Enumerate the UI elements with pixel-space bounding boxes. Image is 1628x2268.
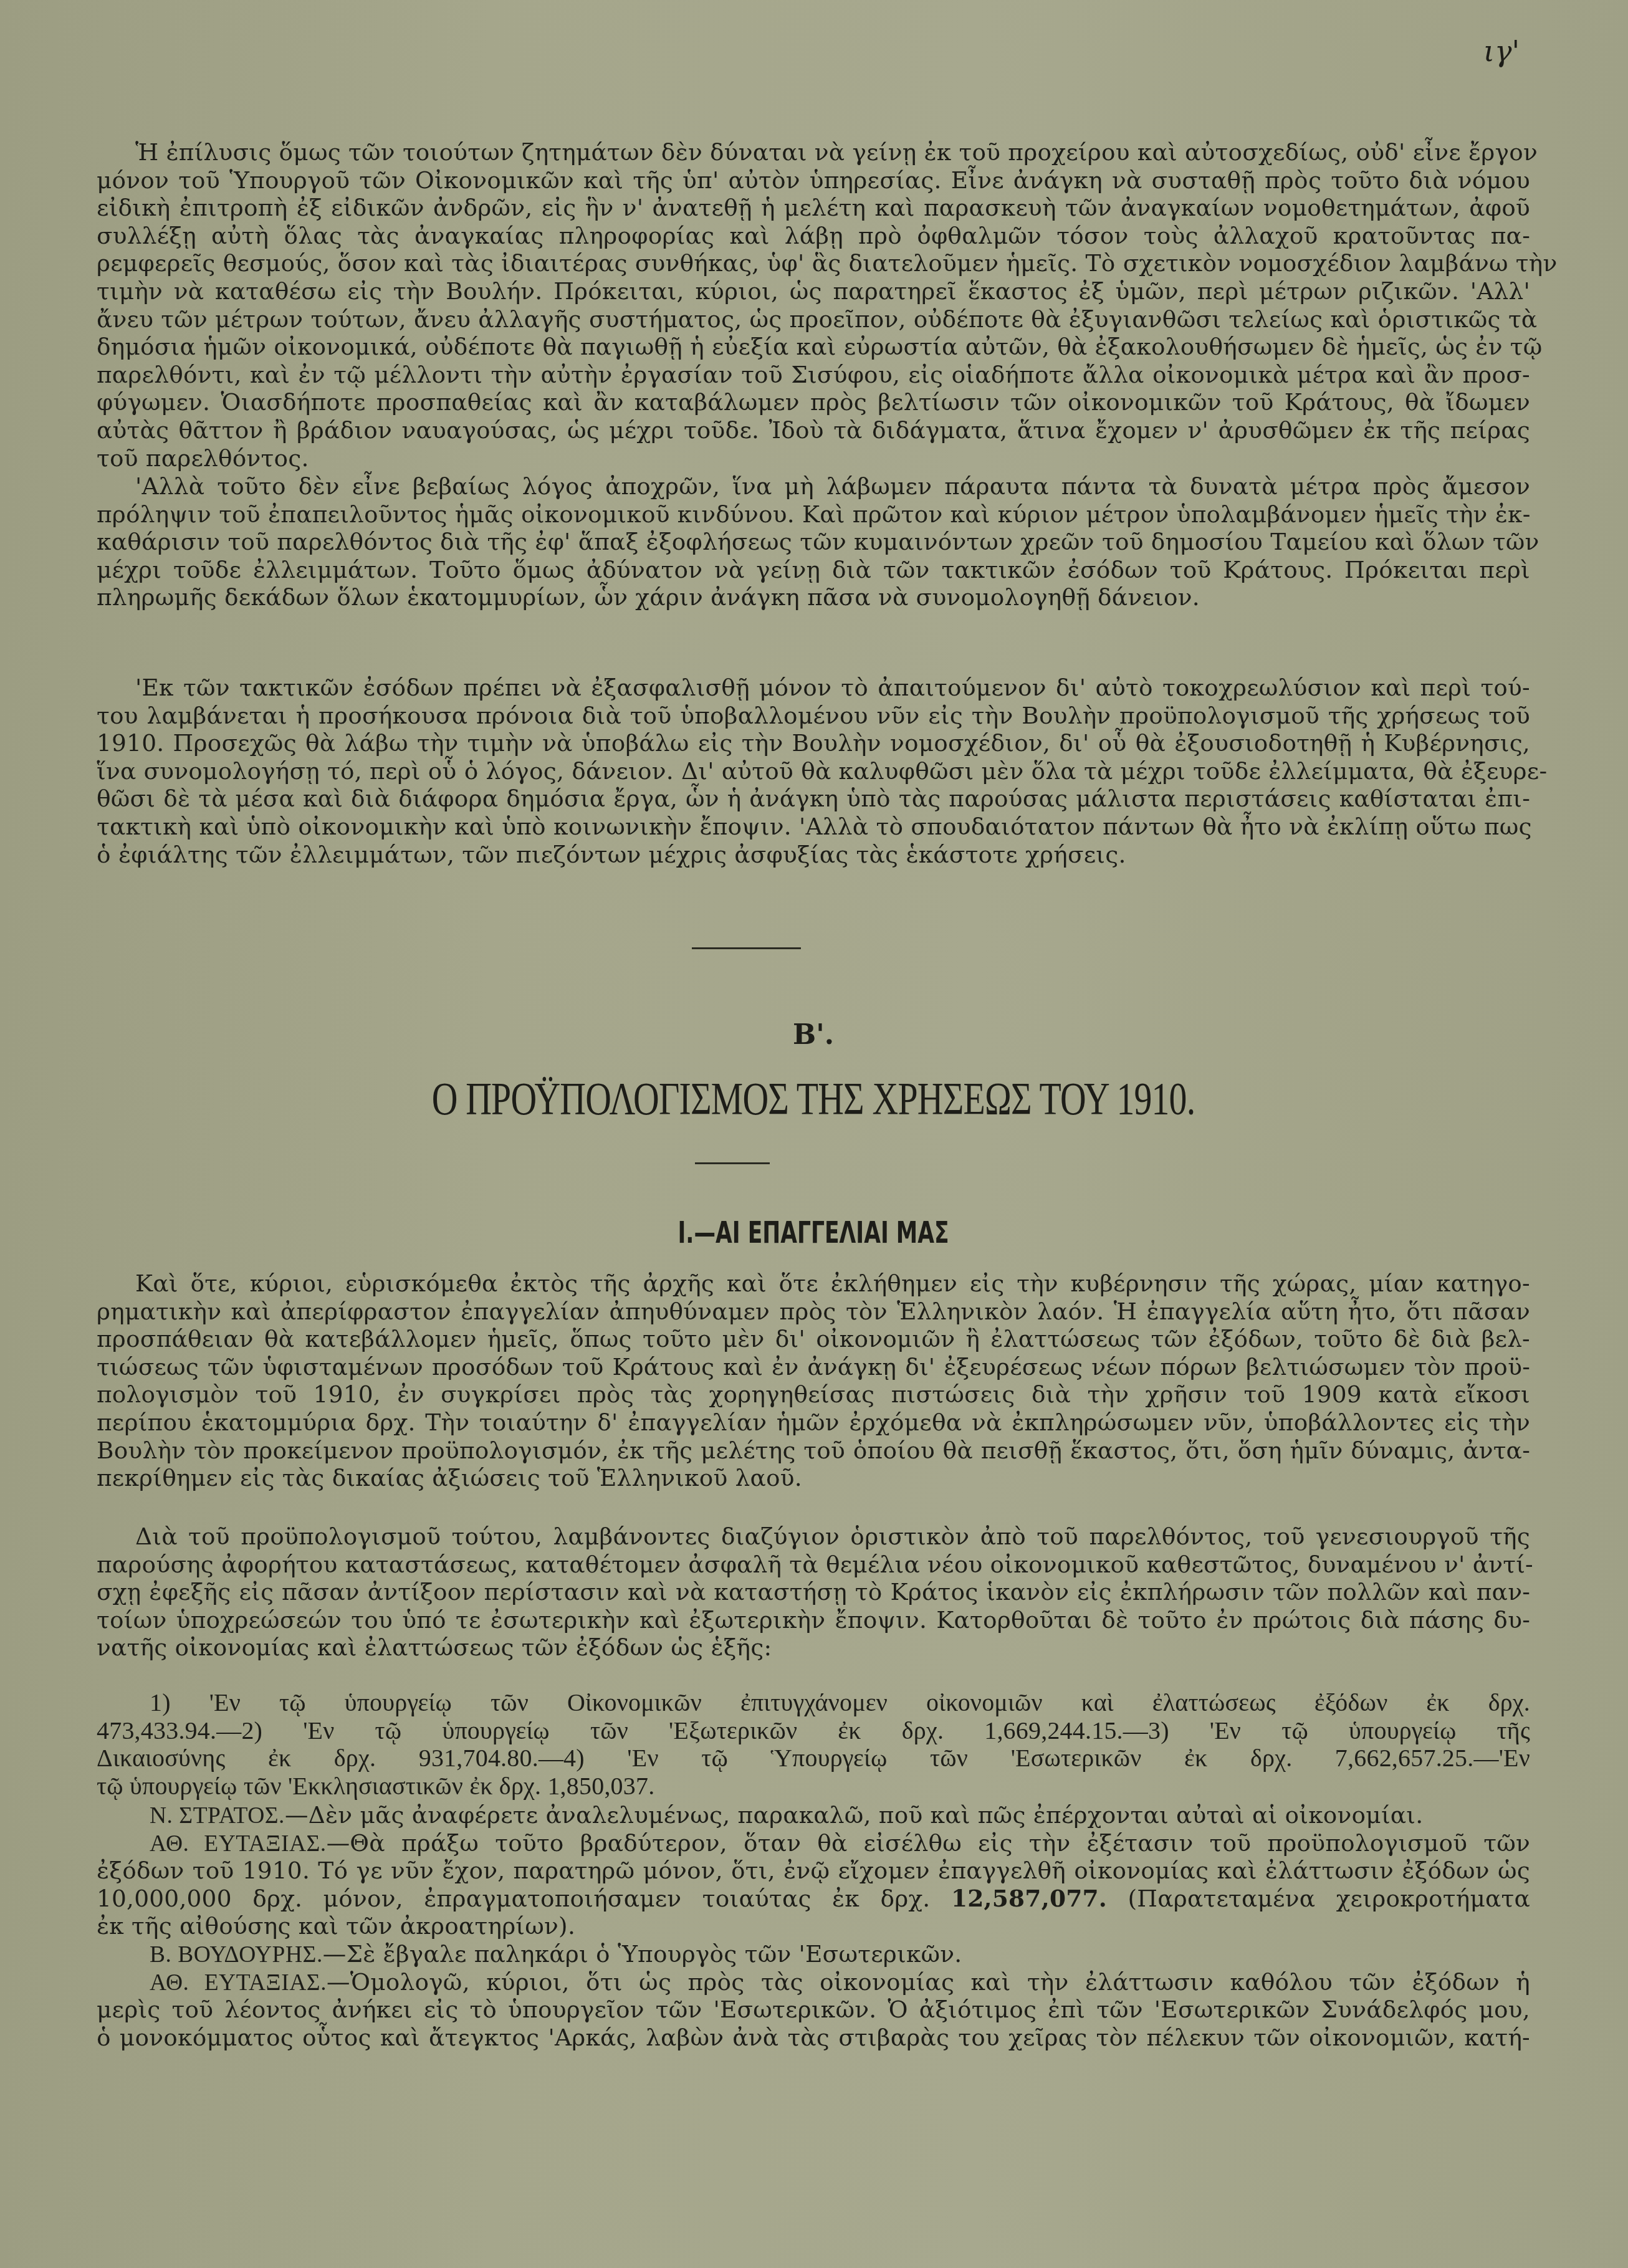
paragraph-budget: Διὰ τοῦ προϋπολογισμοῦ τούτου, λαμβάνοντ… xyxy=(97,1523,1530,1662)
text-line: Βουλὴν τὸν προκείμενον προϋπολογισμόν, ἐ… xyxy=(97,1437,1530,1465)
text-line: θῶσι δὲ τὰ μέσα καὶ διὰ διάφορα δημόσια … xyxy=(97,785,1530,813)
text-line: μέχρι τοῦδε ἐλλειμμάτων. Τοῦτο ὅμως ἀδύν… xyxy=(97,556,1530,584)
text-line: νατῆς οἰκονομίας καὶ ἐλαττώσεως τῶν ἐξόδ… xyxy=(97,1634,1530,1662)
divider xyxy=(692,947,801,949)
speaker-name: ΑΘ. ΕΥΤΑΞΙΑΣ. xyxy=(150,1831,327,1857)
speaker-name: ΑΘ. ΕΥΤΑΞΙΑΣ. xyxy=(150,1970,327,1996)
text-line: παρελθόντι, καὶ ἐν τῷ μέλλοντι τὴν αὐτὴν… xyxy=(97,361,1530,389)
text-line: τῷ ὑπουργείῳ τῶν 'Εκκλησιαστικῶν ἐκ δρχ.… xyxy=(97,1773,1530,1801)
text-line: Δικαιοσύνης ἐκ δρχ. 931,704.80.—4) 'Εν τ… xyxy=(97,1744,1530,1773)
text-line: τακτικὴ καὶ ὑπὸ οἰκονομικὴν καὶ ὑπὸ κοιν… xyxy=(97,813,1530,841)
text-line: 'Εκ τῶν τακτικῶν ἐσόδων πρέπει νὰ ἐξασφα… xyxy=(97,674,1530,702)
speech-text: —Σὲ ἔβγαλε παληκάρι ὁ Ὑπουργὸς τῶν 'Εσωτ… xyxy=(323,1940,962,1968)
text-line: μερὶς τοῦ λέοντος ἀνήκει εἰς τὸ ὑπουργεῖ… xyxy=(97,1996,1530,2024)
text-line: Διὰ τοῦ προϋπολογισμοῦ τούτου, λαμβάνοντ… xyxy=(97,1523,1530,1551)
text-line: του λαμβάνεται ἡ προσήκουσα πρόνοια διὰ … xyxy=(97,702,1530,730)
speech-eutaxias: ΑΘ. ΕΥΤΑΞΙΑΣ.—Ὁμολογῶ, κύριοι, ὅτι ὡς πρ… xyxy=(97,1968,1530,1996)
text-line: συλλέξῃ αὐτὴ ὅλας τὰς ἀναγκαίας πληροφορ… xyxy=(97,222,1530,250)
text-line: τιμὴν νὰ καταθέσω εἰς τὴν Βουλήν. Πρόκει… xyxy=(97,277,1530,305)
text-line: καθάρισιν τοῦ παρελθόντος διὰ τῆς ἐφ' ἅπ… xyxy=(97,528,1530,556)
paragraph-solution: Ἡ ἐπίλυσις ὅμως τῶν τοιούτων ζητημάτων δ… xyxy=(97,138,1530,472)
chapter-letter: Β'. xyxy=(97,1019,1530,1051)
text-line: προσπάθειαν θὰ κατεβάλλομεν ἡμεῖς, ὅπως … xyxy=(97,1325,1530,1353)
speech-stratos: Ν. ΣΤΡΑΤΟΣ.—Δὲν μᾶς ἀναφέρετε ἀναλελυμέν… xyxy=(97,1801,1530,1829)
text-line: ρηματικὴν καὶ ἀπερίφραστον ἐπαγγελίαν ἀπ… xyxy=(97,1298,1530,1326)
speech-text: —Ὁμολογῶ, κύριοι, ὅτι ὡς πρὸς τὰς οἰκονο… xyxy=(327,1968,1530,1996)
text-line: 473,433.94.—2) 'Εν τῷ ὑπουργείῳ τῶν 'Εξω… xyxy=(97,1717,1530,1745)
text-line: φύγωμεν. Ὁιασδήποτε προσπαθείας καὶ ἂν κ… xyxy=(97,388,1530,416)
text-line: πληρωμῆς δεκάδων ὅλων ἑκατομμυρίων, ὧν χ… xyxy=(97,583,1530,611)
text-line: τοῦ παρελθόντος. xyxy=(97,444,1530,472)
paragraph-loan: 'Εκ τῶν τακτικῶν ἐσόδων πρέπει νὰ ἐξασφα… xyxy=(97,674,1530,868)
text-line: παρούσης ἀφορήτου καταστάσεως, καταθέτομ… xyxy=(97,1551,1530,1579)
speech-voudouris: Β. ΒΟΥΔΟΥΡΗΣ.—Σὲ ἔβγαλε παληκάρι ὁ Ὑπουρ… xyxy=(97,1940,1530,1968)
text-line: ὁ ἐφιάλτης τῶν ἐλλειμμάτων, τῶν πιεζόντω… xyxy=(97,841,1530,869)
total-savings-amount: 12,587,077. xyxy=(951,1885,1107,1912)
text-line: περίπου ἑκατομμύρια δρχ. Τὴν τοιαύτην δ'… xyxy=(97,1409,1530,1437)
page-number: ιγ' xyxy=(1483,34,1520,68)
chapter-title: Ο ΠΡΟΫΠΟΛΟΓΙΣΜΟΣ ΤΗΣ ΧΡΗΣΕΩΣ ΤΟΥ 1910. xyxy=(254,1073,1372,1126)
text-line: ἄνευ τῶν μέτρων τούτων, ἄνευ ἀλλαγῆς συσ… xyxy=(97,305,1530,333)
text-line: τιώσεως τῶν ὑφισταμένων προσόδων τοῦ Κρά… xyxy=(97,1353,1530,1381)
text-line: ἐκ τῆς αἰθούσης καὶ τῶν ἀκροατηρίων). xyxy=(97,1912,1530,1940)
speech-text: —Δὲν μᾶς ἀναφέρετε ἀναλελυμένως, παρακαλ… xyxy=(285,1801,1423,1829)
text-line: σχῃ ἐφεξῆς εἰς πᾶσαν ἀντίξοον περίστασιν… xyxy=(97,1578,1530,1606)
text-line: 'Αλλὰ τοῦτο δὲν εἶνε βεβαίως λόγος ἀποχρ… xyxy=(97,472,1530,500)
text-line: 1) 'Εν τῷ ὑπουργείῳ τῶν Οἰκονομικῶν ἐπιτ… xyxy=(97,1689,1530,1717)
applause-note: (Παρατεταμένα χειροκροτήματα xyxy=(1128,1885,1530,1912)
speech-text: 10,000,000 δρχ. μόνον, ἐπραγματοποιήσαμε… xyxy=(97,1885,930,1912)
text-line: ὁ μονοκόμματος οὗτος καὶ ἄτεγκτος 'Αρκάς… xyxy=(97,2024,1530,2052)
text-line: τοίων ὑποχρεώσεών του ὑπό τε ἐσωτερικὴν … xyxy=(97,1606,1530,1634)
text-line: εἰδικὴ ἐπιτροπὴ ἐξ εἰδικῶν ἀνδρῶν, εἰς ἣ… xyxy=(97,194,1530,222)
text-line: Καὶ ὅτε, κύριοι, εὑρισκόμεθα ἐκτὸς τῆς ἀ… xyxy=(97,1270,1530,1298)
text-line: Ἡ ἐπίλυσις ὅμως τῶν τοιούτων ζητημάτων δ… xyxy=(97,138,1530,166)
text-line: μόνον τοῦ Ὑπουργοῦ τῶν Οἰκονομικῶν καὶ τ… xyxy=(97,166,1530,194)
text-line: πρόληψιν τοῦ ἐπαπειλοῦντος ἡμᾶς οἰκονομι… xyxy=(97,500,1530,529)
speaker-name: Ν. ΣΤΡΑΤΟΣ. xyxy=(150,1803,285,1829)
parliamentary-dialogue: Ν. ΣΤΡΑΤΟΣ.—Δὲν μᾶς ἀναφέρετε ἀναλελυμέν… xyxy=(97,1801,1530,2051)
section-subtitle: Ι.—ΑΙ ΕΠΑΓΓΕΛΙΑΙ ΜΑΣ xyxy=(297,1215,1329,1250)
paragraph-first-measure: 'Αλλὰ τοῦτο δὲν εἶνε βεβαίως λόγος ἀποχρ… xyxy=(97,472,1530,611)
paragraph-promises: Καὶ ὅτε, κύριοι, εὑρισκόμεθα ἐκτὸς τῆς ἀ… xyxy=(97,1270,1530,1492)
speech-eutaxias: ΑΘ. ΕΥΤΑΞΙΑΣ.—Θὰ πράξω τοῦτο βραδύτερον,… xyxy=(97,1829,1530,1857)
text-line: πεκρίθημεν εἰς τὰς δικαίας ἀξιώσεις τοῦ … xyxy=(97,1464,1530,1492)
speech-text: —Θὰ πράξω τοῦτο βραδύτερον, ὅταν θὰ εἰσέ… xyxy=(327,1829,1530,1857)
text-line: ἵνα συνομολογήσῃ τό, περὶ οὗ ὁ λόγος, δά… xyxy=(97,757,1530,785)
divider xyxy=(695,1162,770,1164)
text-line: δημόσια ἡμῶν οἰκονομικά, οὐδέποτε θὰ παγ… xyxy=(97,333,1530,361)
text-line: 1910. Προσεχῶς θὰ λάβω τὴν τιμὴν νὰ ὑποβ… xyxy=(97,729,1530,757)
text-line: ρεμφερεῖς θεσμούς, ὅσον καὶ τὰς ἰδιαιτέρ… xyxy=(97,249,1530,277)
savings-list: 1) 'Εν τῷ ὑπουργείῳ τῶν Οἰκονομικῶν ἐπιτ… xyxy=(97,1689,1530,1800)
text-line: πολογισμὸν τοῦ 1910, ἐν συγκρίσει πρὸς τ… xyxy=(97,1380,1530,1409)
text-line: αὐτὰς θᾶττον ἢ βράδιον ναυαγούσας, ὡς μέ… xyxy=(97,416,1530,444)
text-line: ἐξόδων τοῦ 1910. Τό γε νῦν ἔχον, παρατηρ… xyxy=(97,1857,1530,1885)
text-line: 10,000,000 δρχ. μόνον, ἐπραγματοποιήσαμε… xyxy=(97,1885,1530,1913)
speaker-name: Β. ΒΟΥΔΟΥΡΗΣ. xyxy=(150,1942,323,1968)
